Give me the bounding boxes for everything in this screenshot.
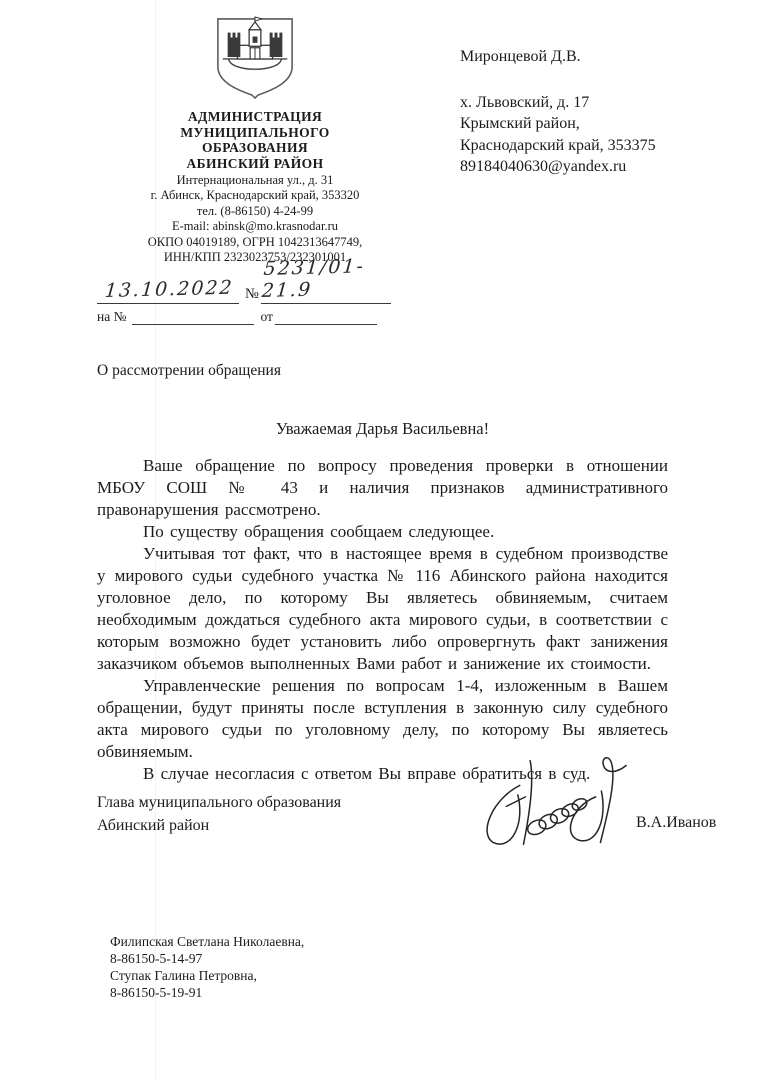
signatory-position-line: Глава муниципального образования (97, 792, 341, 815)
body-paragraph: Ваше обращение по вопросу проведения про… (97, 455, 668, 521)
date-number-row: 13.10.2022 № 5231/01-21.9 (97, 258, 393, 304)
handwritten-signature-icon (476, 748, 628, 865)
number-field: 5231/01-21.9 (261, 258, 391, 304)
org-contact-block: Интернациональная ул., д. 31 г. Абинск, … (100, 173, 410, 265)
reference-block: 13.10.2022 № 5231/01-21.9 на № от (97, 258, 393, 325)
org-city: г. Абинск, Краснодарский край, 353320 (100, 188, 410, 203)
handwritten-number: 5231/01-21.9 (261, 254, 394, 302)
signatory-position: Глава муниципального образования Абински… (97, 792, 341, 837)
org-name-line: МУНИЦИПАЛЬНОГО (100, 125, 410, 141)
recipient-block: Миронцевой Д.В. х. Львовский, д. 17 Крым… (460, 46, 740, 178)
body-paragraph: Учитывая тот факт, что в настоящее время… (97, 543, 668, 675)
executor-phone: 8-86150-5-14-97 (110, 950, 304, 967)
salutation: Уважаемая Дарья Васильевна! (97, 419, 668, 439)
executor-name: Филипская Светлана Николаевна, (110, 933, 304, 950)
official-letter-page: АДМИНИСТРАЦИЯ МУНИЦИПАЛЬНОГО ОБРАЗОВАНИЯ… (0, 0, 764, 1080)
letter-subject: О рассмотрении обращения (97, 362, 281, 380)
recipient-address-line: х. Львовский, д. 17 (460, 92, 740, 114)
reply-reference-row: на № от (97, 309, 393, 325)
number-sign: № (245, 286, 259, 303)
org-email: E-mail: abinsk@mo.krasnodar.ru (100, 219, 410, 234)
org-name-line: АБИНСКИЙ РАЙОН (100, 156, 410, 172)
org-name-line: АДМИНИСТРАЦИЯ (100, 109, 410, 125)
reply-date-blank (275, 310, 377, 325)
executor-phone: 8-86150-5-19-91 (110, 984, 304, 1001)
sender-letterhead: АДМИНИСТРАЦИЯ МУНИЦИПАЛЬНОГО ОБРАЗОВАНИЯ… (100, 16, 410, 265)
org-street: Интернациональная ул., д. 31 (100, 173, 410, 188)
org-okpo-ogrn: ОКПО 04019189, ОГРН 1042313647749, (100, 235, 410, 250)
reply-to-label: на № (97, 309, 126, 325)
abinsk-coat-of-arms-icon (211, 16, 299, 105)
date-field: 13.10.2022 (97, 280, 239, 304)
org-name-line: ОБРАЗОВАНИЯ (100, 140, 410, 156)
recipient-address-line: Крымский район, (460, 113, 740, 135)
recipient-name: Миронцевой Д.В. (460, 46, 740, 68)
signatory-position-line: Абинский район (97, 815, 341, 838)
from-label: от (260, 309, 272, 325)
signatory-name: В.А.Иванов (636, 814, 716, 832)
reply-number-blank (132, 310, 254, 325)
handwritten-date: 13.10.2022 (104, 277, 234, 302)
letter-body: Ваше обращение по вопросу проведения про… (97, 455, 668, 785)
recipient-email: 89184040630@yandex.ru (460, 156, 740, 178)
org-name: АДМИНИСТРАЦИЯ МУНИЦИПАЛЬНОГО ОБРАЗОВАНИЯ… (100, 109, 410, 171)
executor-name: Ступак Галина Петровна, (110, 967, 304, 984)
recipient-address-line: Краснодарский край, 353375 (460, 135, 740, 157)
body-paragraph: По существу обращения сообщаем следующее… (97, 521, 668, 543)
org-phone: тел. (8-86150) 4-24-99 (100, 204, 410, 219)
executors-block: Филипская Светлана Николаевна, 8-86150-5… (110, 933, 304, 1001)
